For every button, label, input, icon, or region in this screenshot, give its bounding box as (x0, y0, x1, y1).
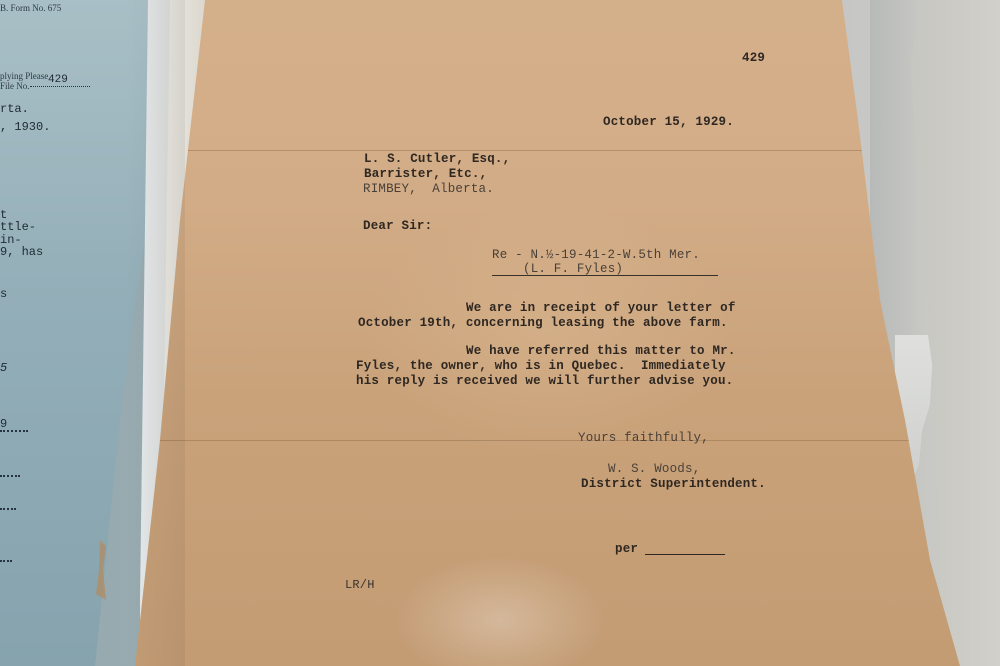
form-fragment: 5 (0, 362, 7, 374)
fold-crease (155, 440, 915, 441)
letter-date: October 15, 1929. (603, 115, 734, 130)
salutation: Dear Sir: (363, 219, 432, 234)
body-paragraph-1-line: We are in receipt of your letter of (466, 301, 736, 316)
page-number: 429 (742, 51, 765, 66)
file-number-dotted-line (30, 86, 90, 87)
per-label: per (615, 542, 638, 557)
recipient-location: RIMBEY, Alberta. (363, 182, 494, 197)
form-fragment: rta. (0, 103, 29, 115)
body-paragraph-2-line: his reply is received we will further ad… (356, 374, 733, 389)
form-number-label: B. Form No. 675 (0, 2, 61, 14)
form-fragment: 9, has (0, 246, 43, 258)
form-fragment: , 1930. (0, 121, 50, 133)
recipient-profession: Barrister, Etc., (364, 167, 487, 182)
form-fragment: 9 (0, 418, 7, 430)
left-blue-form: B. Form No. 675 plying Please File No. 4… (0, 0, 160, 666)
form-fragment: ttle- (0, 221, 36, 233)
signature-line (645, 554, 725, 555)
subject-line: Re - N.½-19-41-2-W.5th Mer. (492, 248, 700, 263)
file-number-value: 429 (48, 74, 68, 86)
subject-underline (492, 275, 718, 276)
body-paragraph-2-line: Fyles, the owner, who is in Quebec. Imme… (356, 359, 726, 374)
form-fragment: s (0, 288, 7, 300)
body-paragraph-1-line: October 19th, concerning leasing the abo… (358, 316, 728, 331)
closing: Yours faithfully, (578, 431, 709, 446)
typist-initials: LR/H (345, 578, 375, 593)
form-dotted-line (0, 560, 12, 562)
file-number-label: File No. (0, 80, 30, 92)
body-paragraph-2-line: We have referred this matter to Mr. (466, 344, 736, 359)
form-dotted-line (0, 430, 28, 432)
fold-crease (170, 150, 900, 151)
document-photo: B. Form No. 675 plying Please File No. 4… (0, 0, 1000, 666)
signer-name: W. S. Woods, (608, 462, 700, 477)
recipient-name: L. S. Cutler, Esq., (364, 152, 510, 167)
signer-title: District Superintendent. (581, 477, 766, 492)
form-dotted-line (0, 508, 16, 510)
form-dotted-line (0, 475, 20, 477)
